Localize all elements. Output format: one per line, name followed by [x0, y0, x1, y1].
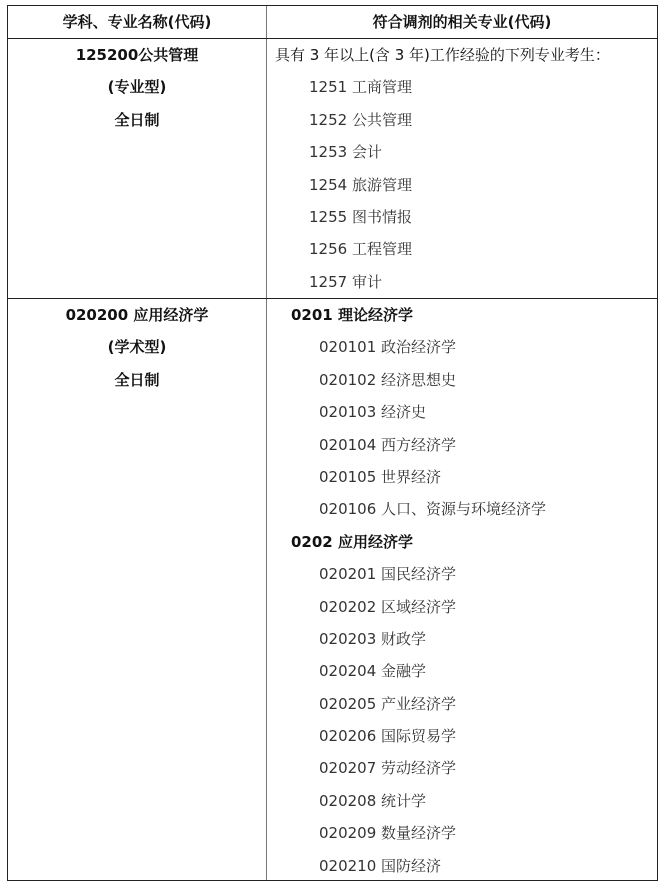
row2-related: 0201 理论经济学 020101 政治经济学 020102 经济思想史 020… — [267, 299, 657, 882]
list-item: 020104 西方经济学 — [267, 429, 657, 461]
row1-related: 具有 3 年以上(含 3 年)工作经验的下列专业考生： 1251 工商管理 12… — [267, 39, 657, 298]
list-item: 020204 金融学 — [267, 655, 657, 687]
list-item: 020201 国民经济学 — [267, 558, 657, 590]
list-item: 020209 数量经济学 — [267, 817, 657, 849]
major-type: (专业型) — [8, 71, 266, 103]
list-item: 1256 工程管理 — [267, 233, 657, 265]
list-item: 020102 经济思想史 — [267, 364, 657, 396]
major-name: 125200公共管理 — [8, 39, 266, 71]
row1-major: 125200公共管理 (专业型) 全日制 — [8, 39, 266, 136]
list-item: 1255 图书情报 — [267, 201, 657, 233]
adjustment-table: 学科、专业名称(代码) 符合调剂的相关专业(代码) 125200公共管理 (专业… — [7, 5, 658, 881]
list-item: 020202 区域经济学 — [267, 591, 657, 623]
list-item: 1253 会计 — [267, 136, 657, 168]
list-item: 020106 人口、资源与环境经济学 — [267, 493, 657, 525]
list-item: 020207 劳动经济学 — [267, 752, 657, 784]
list-item: 1254 旅游管理 — [267, 169, 657, 201]
study-mode: 全日制 — [8, 364, 266, 396]
list-item: 1257 审计 — [267, 266, 657, 298]
list-item: 020105 世界经济 — [267, 461, 657, 493]
study-mode: 全日制 — [8, 104, 266, 136]
requirement-text: 具有 3 年以上(含 3 年)工作经验的下列专业考生： — [267, 39, 657, 71]
list-item: 020208 统计学 — [267, 785, 657, 817]
list-item: 020206 国际贸易学 — [267, 720, 657, 752]
group-title: 0201 理论经济学 — [267, 299, 657, 331]
major-type: (学术型) — [8, 331, 266, 363]
list-item: 1251 工商管理 — [267, 71, 657, 103]
list-item: 020203 财政学 — [267, 623, 657, 655]
list-item: 1252 公共管理 — [267, 104, 657, 136]
list-item: 020210 国防经济 — [267, 850, 657, 882]
list-item: 020101 政治经济学 — [267, 331, 657, 363]
row2-major: 020200 应用经济学 (学术型) 全日制 — [8, 299, 266, 396]
group-title: 0202 应用经济学 — [267, 526, 657, 558]
header-col2: 符合调剂的相关专业(代码) — [267, 6, 657, 38]
header-col1: 学科、专业名称(代码) — [8, 6, 266, 38]
list-item: 020205 产业经济学 — [267, 688, 657, 720]
list-item: 020103 经济史 — [267, 396, 657, 428]
major-name: 020200 应用经济学 — [8, 299, 266, 331]
